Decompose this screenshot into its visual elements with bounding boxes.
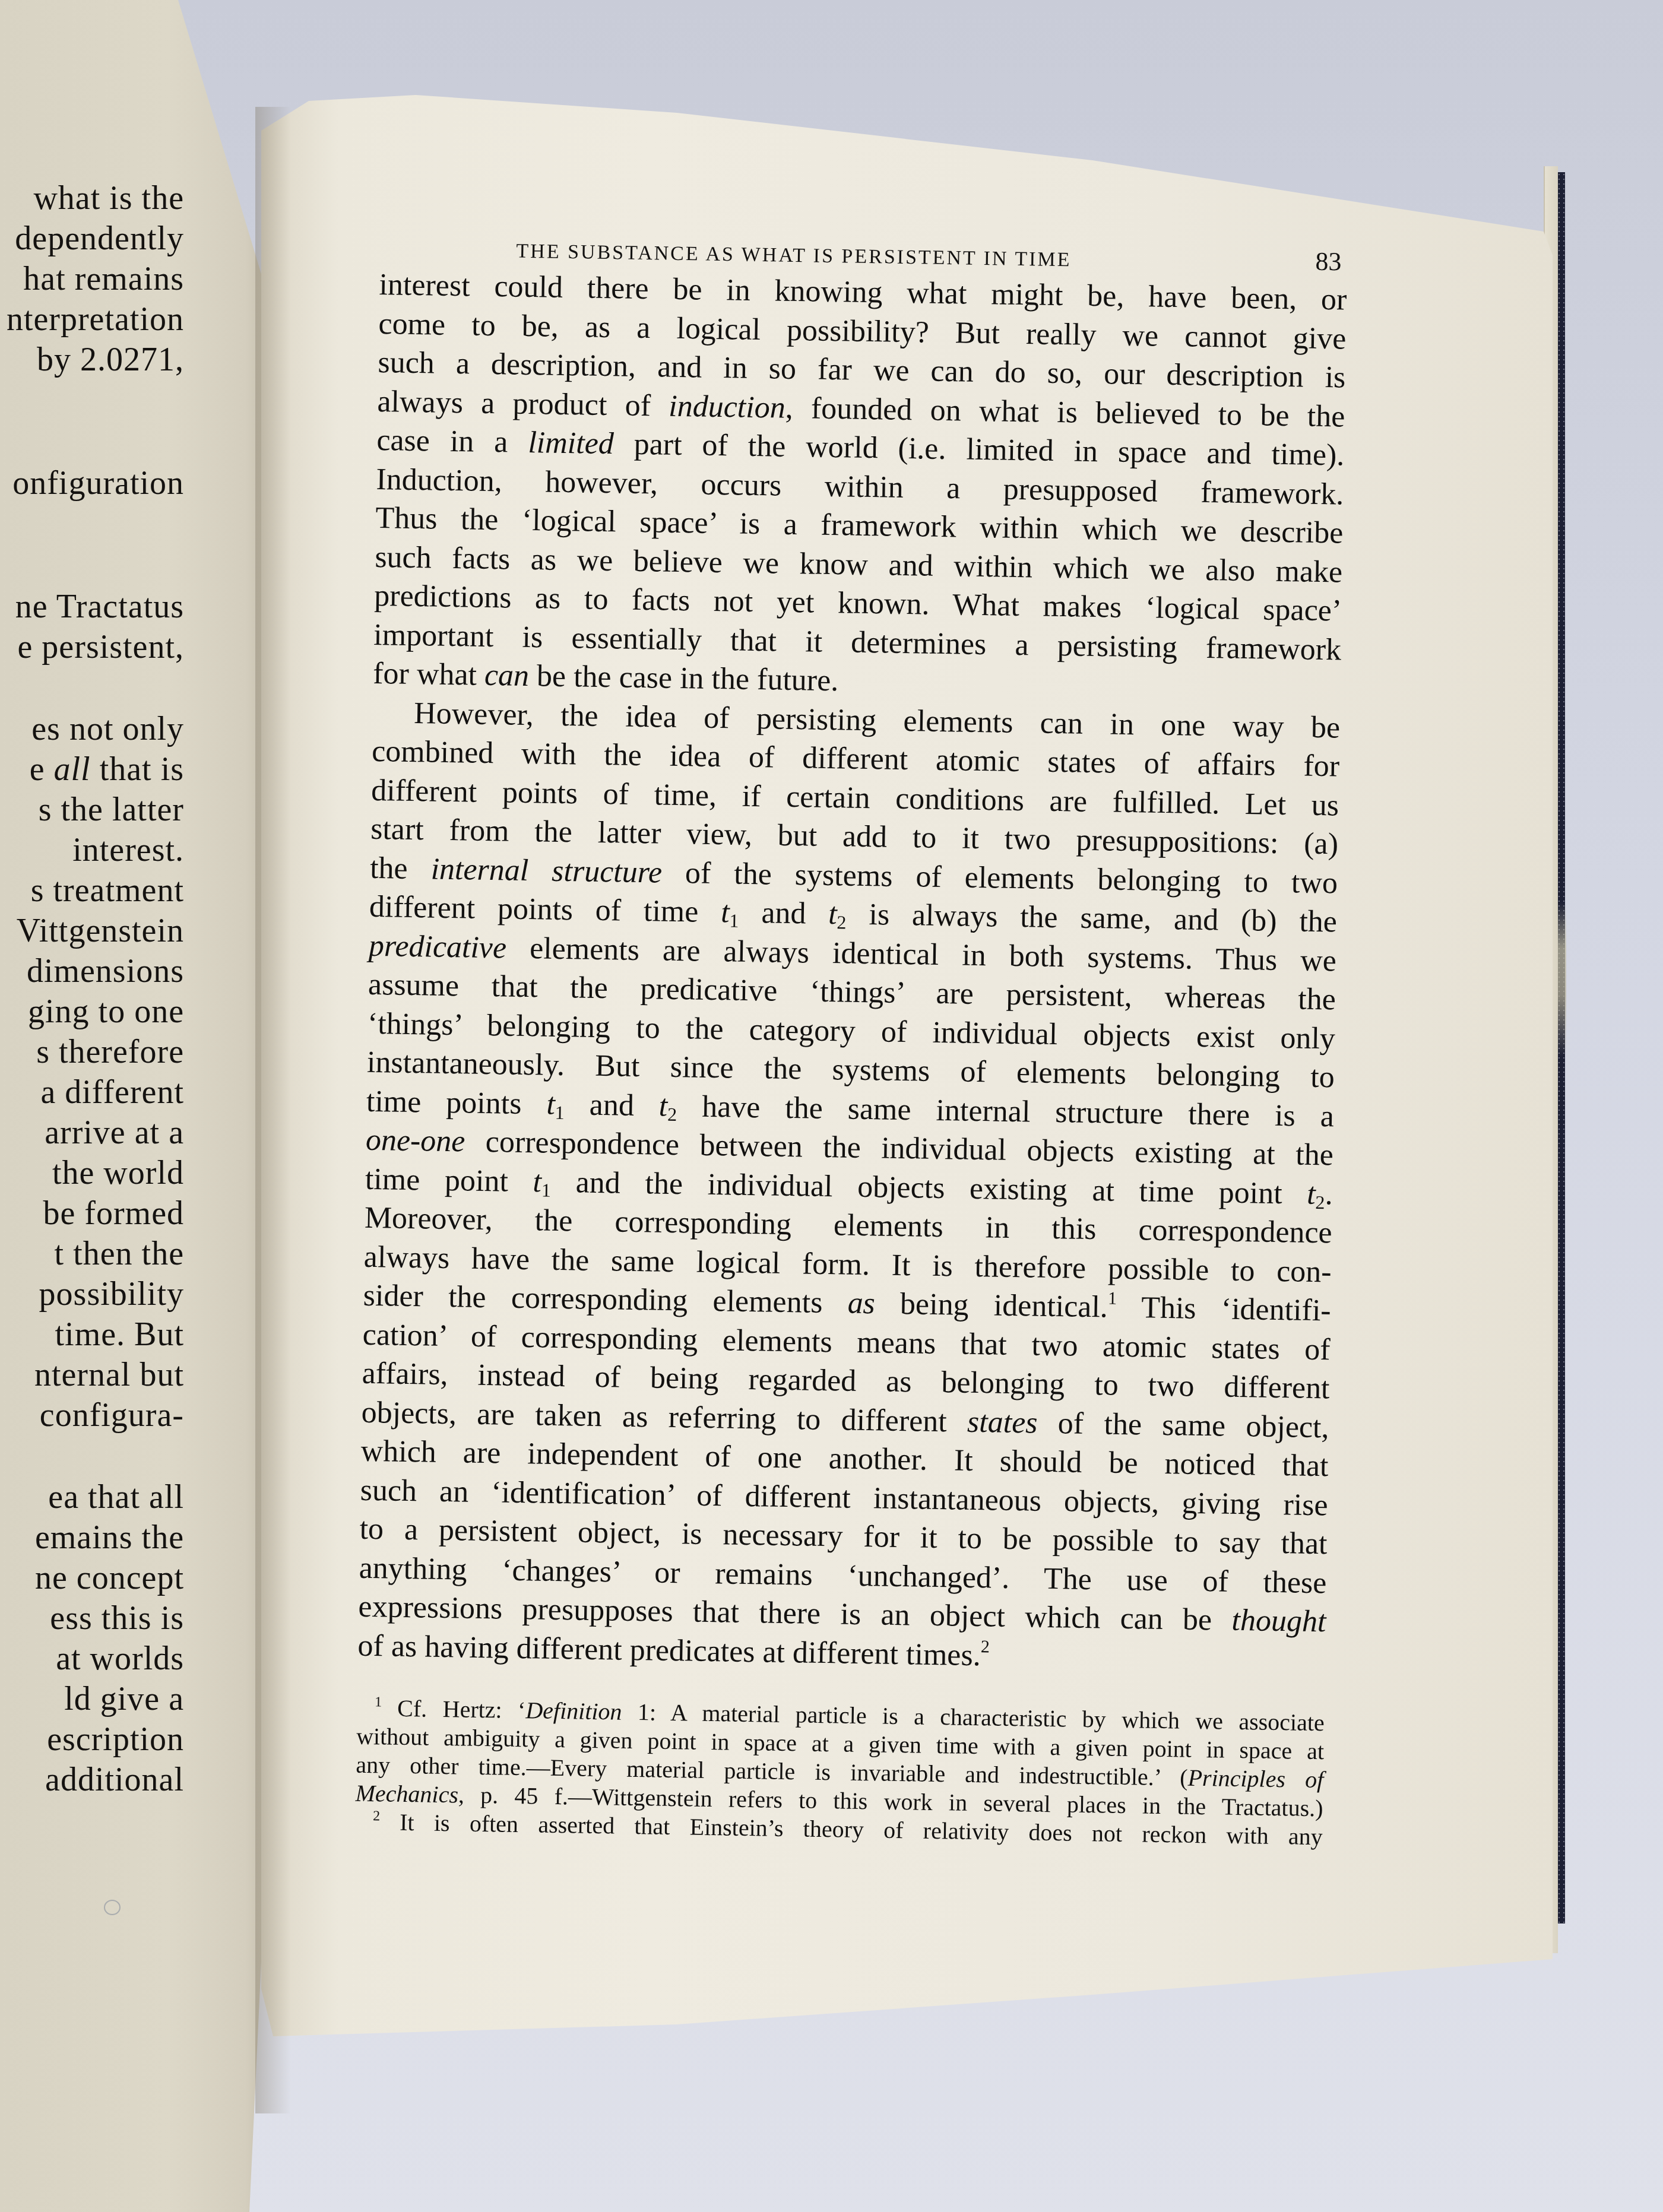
- left-text-line: [0, 545, 184, 587]
- subscript: 1: [541, 1179, 552, 1200]
- left-page-text: what is thedependentlyhat remainsnterpre…: [0, 178, 184, 1800]
- chapter-running-title: THE SUBSTANCE AS WHAT IS PERSISTENT IN T…: [516, 240, 1072, 272]
- italic-term: internal structure: [430, 852, 662, 889]
- left-text-line: additional: [0, 1760, 184, 1800]
- left-text-line: dimensions: [0, 951, 184, 991]
- subscript: 1: [729, 909, 739, 931]
- footnote-reference: 2: [981, 1637, 990, 1656]
- left-text-line: at worlds: [0, 1639, 184, 1679]
- italic-term: Definition: [525, 1697, 622, 1725]
- left-text-line: possibility: [0, 1274, 184, 1314]
- left-text-line: Vittgenstein: [0, 911, 184, 951]
- left-text-line: e persistent,: [0, 627, 184, 667]
- left-text-line: es not only: [0, 709, 184, 749]
- left-text-line: nterpretation: [0, 299, 184, 340]
- subscript: 2: [667, 1103, 677, 1124]
- italic-term: states: [967, 1405, 1038, 1440]
- right-page-text-block: THE SUBSTANCE AS WHAT IS PERSISTENT IN T…: [355, 232, 1348, 1851]
- left-text-line: escription: [0, 1719, 184, 1760]
- gutter-shadow: [255, 107, 291, 2113]
- left-text-line: arrive at a: [0, 1113, 184, 1153]
- italic-term: Principles of: [1187, 1764, 1323, 1793]
- left-text-line: [0, 422, 184, 463]
- italic-term: limited: [528, 426, 614, 461]
- left-text-line: what is the: [0, 178, 184, 218]
- left-text-line: [0, 380, 184, 422]
- italic-term: predicative: [369, 928, 507, 965]
- left-text-line: t then the: [0, 1234, 184, 1274]
- subscript: 1: [555, 1101, 565, 1123]
- left-text-line: a different: [0, 1072, 184, 1113]
- subscript: 2: [837, 911, 847, 933]
- left-text-line: dependently: [0, 218, 184, 259]
- body-text: interest could there be in knowing what …: [357, 265, 1347, 1680]
- left-text-line: ess this is: [0, 1598, 184, 1639]
- ink-spot: [104, 1900, 121, 1915]
- italic-term: Mechanics: [355, 1780, 458, 1808]
- left-text-line: nternal but: [0, 1355, 184, 1395]
- time-variable: t: [546, 1087, 555, 1121]
- left-page: what is thedependentlyhat remainsnterpre…: [0, 0, 279, 2212]
- left-text-line: emains the: [0, 1517, 184, 1558]
- footnote-marker: 2: [373, 1808, 380, 1824]
- left-text-line: onfiguration: [0, 463, 184, 503]
- left-text-line: the world: [0, 1153, 184, 1193]
- time-variable: t: [658, 1089, 667, 1123]
- left-text-line: ne concept: [0, 1558, 184, 1598]
- left-text-line: [0, 1435, 184, 1477]
- left-text-line: hat remains: [0, 259, 184, 299]
- left-text-line: [0, 667, 184, 709]
- italic-term: one-one: [366, 1123, 465, 1159]
- left-text-line: s the latter: [0, 790, 184, 830]
- left-text-line: s therefore: [0, 1032, 184, 1072]
- italic-term: as: [847, 1286, 875, 1321]
- italic-term: can: [484, 658, 530, 693]
- footnote-reference: 1: [1108, 1288, 1117, 1308]
- left-text-line: be formed: [0, 1193, 184, 1234]
- time-variable: t: [721, 895, 730, 929]
- left-text-line: s treatment: [0, 870, 184, 911]
- left-text-line: configura-: [0, 1395, 184, 1435]
- time-variable: t: [828, 897, 837, 931]
- left-text-line: e all that is: [0, 749, 184, 790]
- time-variable: t: [533, 1165, 541, 1199]
- left-text-line: [0, 503, 184, 545]
- page-number: 83: [1315, 246, 1342, 277]
- subscript: 2: [1315, 1191, 1325, 1212]
- italic-term: all: [54, 751, 91, 788]
- left-text-line: ld give a: [0, 1679, 184, 1719]
- left-text-line: time. But: [0, 1314, 184, 1355]
- italic-term: induction: [669, 389, 785, 424]
- left-text-line: ea that all: [0, 1477, 184, 1517]
- footnotes: 1 Cf. Hertz: ‘Definition 1: A material p…: [355, 1694, 1325, 1852]
- time-variable: t: [1307, 1177, 1316, 1210]
- left-text-line: ging to one: [0, 991, 184, 1032]
- left-text-line: ne Tractatus: [0, 587, 184, 627]
- footnote-marker: 1: [375, 1694, 382, 1710]
- italic-term: thought: [1231, 1603, 1326, 1639]
- left-text-line: by 2.0271,: [0, 340, 184, 380]
- left-text-line: interest.: [0, 830, 184, 870]
